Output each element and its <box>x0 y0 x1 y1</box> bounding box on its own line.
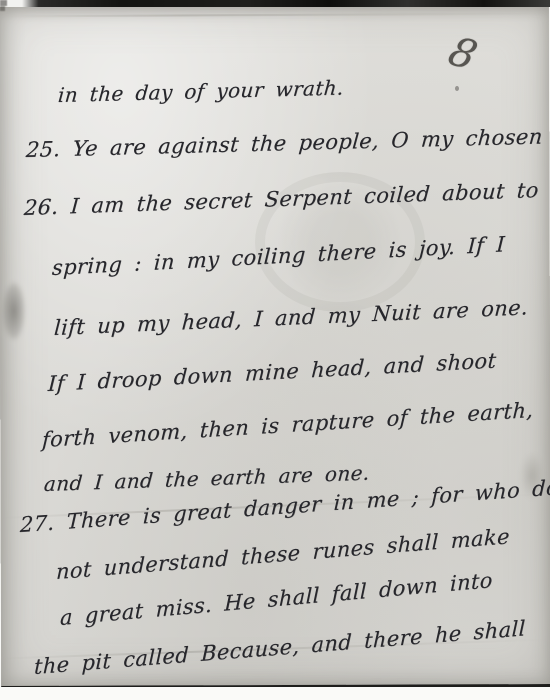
scanner-top-edge <box>0 0 550 7</box>
ink-speck <box>0 6 5 11</box>
scanner-bottom-background <box>0 687 550 700</box>
pencil-dot <box>455 86 459 91</box>
manuscript-scan: 8 in the day of your wrath. 25. Ye are a… <box>0 0 550 700</box>
ink-smudge <box>3 282 25 340</box>
